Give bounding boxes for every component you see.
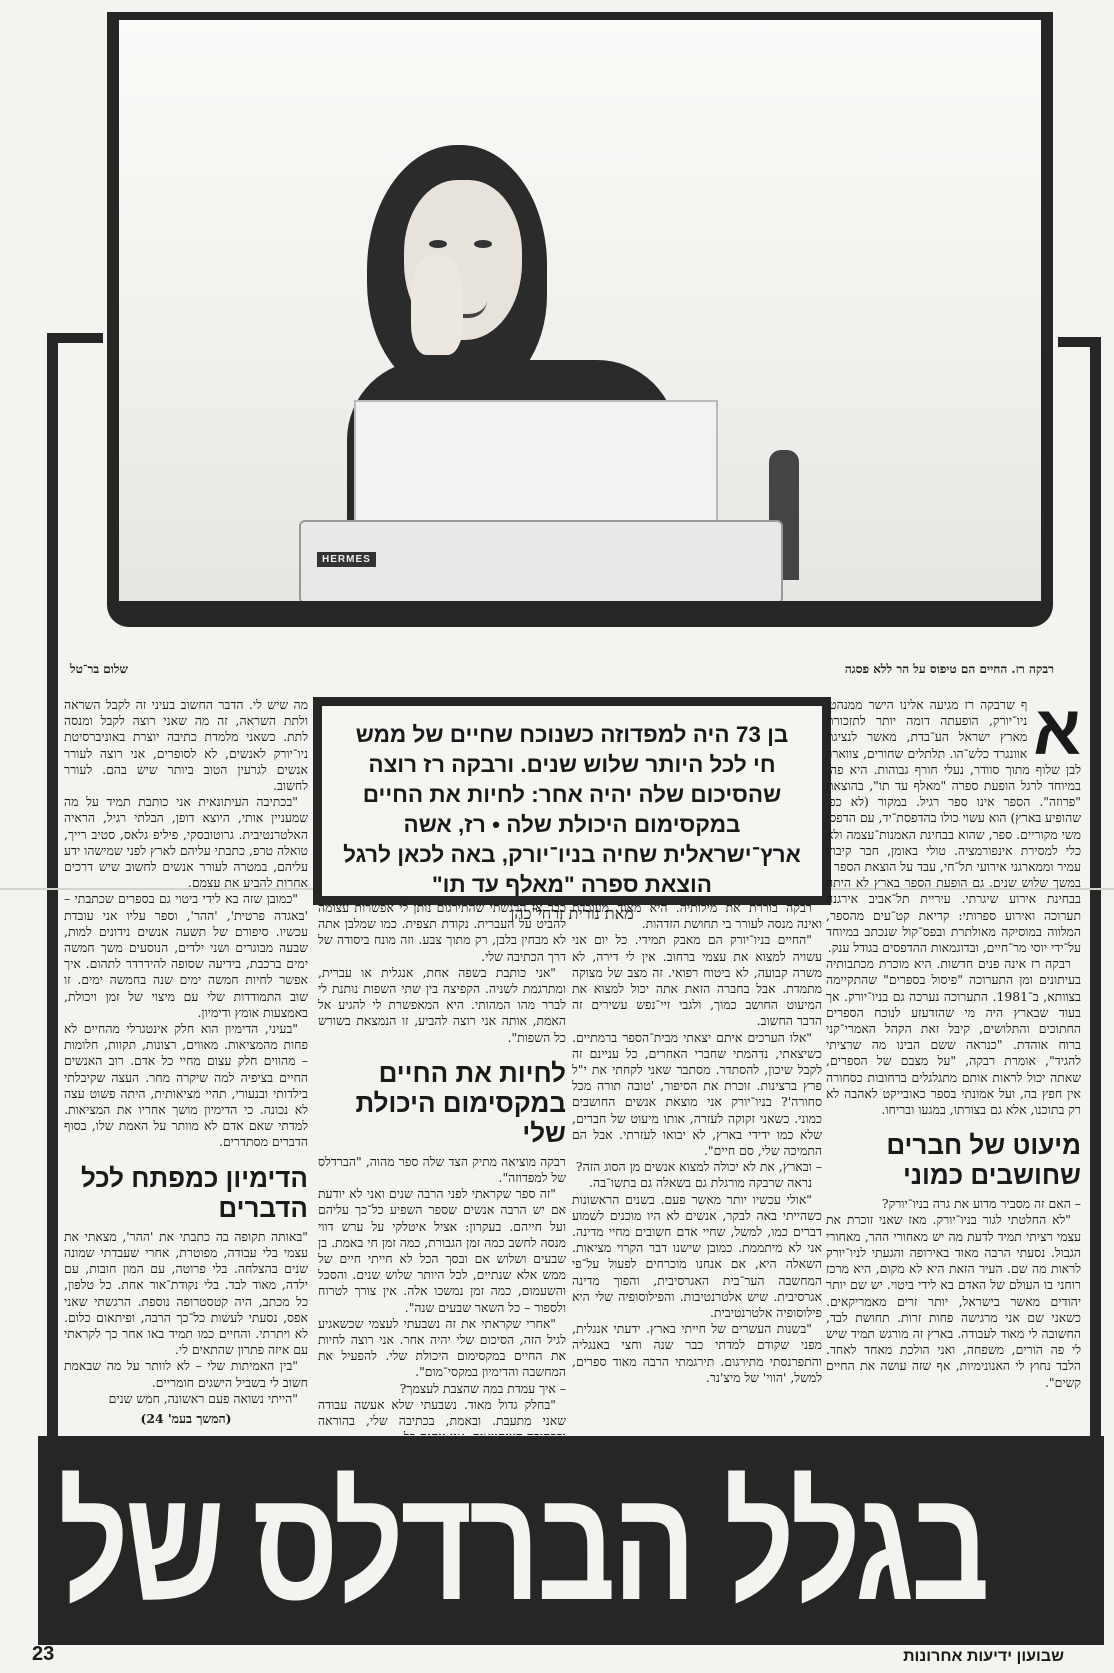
headline-band: בגלל הברדלס של למפדוזה	[38, 1436, 1104, 1645]
deck-box: בן 73 היה למפדוזה כשנוכח שחיים של ממש חי…	[313, 697, 831, 905]
photo-eye-right	[474, 240, 492, 248]
paragraph: במשך שלוש שנים. גם הופעת הספר בארץ לא הי…	[826, 875, 1081, 956]
paragraph: רבקה מוציאה מתיק הצד שלה ספר מהוה, "הברד…	[318, 1154, 566, 1186]
deck-text: בן 73 היה למפדוזה כשנוכח שחיים של ממש חי…	[322, 706, 822, 900]
paragraph: "אני כותבת בשפה אחת, אנגלית או עברית, ומ…	[318, 965, 566, 1046]
page-number: 23	[32, 1643, 54, 1666]
paragraph: "בכתיבה העיתונאית אני כותבת תמיד על מה ש…	[64, 794, 308, 891]
drop-cap: א	[1033, 699, 1081, 761]
paragraph: "החיים בניו־יורק הם מאבק תמידי. כל יום א…	[572, 932, 822, 1029]
typewriter-paper	[354, 400, 718, 534]
photo-image: HERMES	[119, 20, 1041, 601]
frame-left-cap	[47, 333, 103, 343]
photo-eye-left	[429, 240, 447, 248]
column-2: רבקה בוררת את מילותיה. היא מאוד מעובדת ו…	[572, 900, 822, 1435]
photo-caption: רבקה רז. החיים הם טיפוס על הר ללא פסגה	[845, 662, 1054, 677]
paragraph: "באותה תקופה בה כתבתי את 'ההר', מצאתי את…	[64, 1229, 308, 1359]
paragraph: – ובארץ, את לא יכולה למצוא אנשים מן הסוג…	[572, 1159, 822, 1175]
publication-name: שבועון ידיעות אחרונות	[903, 1648, 1064, 1666]
paragraph: "לא החלטתי לגור בניו־יורק. מאז שאני זוכר…	[826, 1212, 1081, 1390]
paragraph: "בין האמיתות שלי – לא לוותר על מה שבאמת …	[64, 1358, 308, 1390]
paragraph: "אלו הערכים איתם יצאתי מבית־הספר ברמתיים…	[572, 1030, 822, 1160]
photo-credit: שלום בר־טל	[70, 662, 128, 677]
paragraph: "בחלק גדול מאוד. נשבעתי שלא אעשה עבודה ש…	[318, 1397, 566, 1435]
paragraph: נראה שרבקה מורגלת גם בשאלה גם בתשו־בה.	[572, 1175, 822, 1191]
column-4: מה שיש לי. הדבר החשוב בעיני זה לקבל השרא…	[64, 697, 308, 1437]
column-3: כבר אז הרגשתי שהתירגום נותן לי אפשרות עצ…	[318, 900, 566, 1435]
paragraph: "בשנות העשרים של חייתי בארץ. ידעתי אנגלי…	[572, 1321, 822, 1386]
subhead: הדימיון כמפתח לכל הדברים	[64, 1163, 308, 1223]
paragraph: "הייתי נשואה פעם ראשונה, חמש שנים	[64, 1391, 308, 1407]
paragraph: מה שיש לי. הדבר החשוב בעיני זה לקבל השרא…	[64, 697, 308, 794]
article-photo: HERMES	[107, 12, 1053, 627]
paragraph: "כמובן שזה בא לידי ביטוי גם בספרים שכתבת…	[64, 891, 308, 1021]
paragraph: "בעיני, הדימיון הוא חלק אינטגרלי מהחיים …	[64, 1021, 308, 1151]
paragraph: כבר אז הרגשתי שהתירגום נותן לי אפשרות עצ…	[318, 900, 566, 965]
typewriter: HERMES	[299, 400, 779, 600]
subhead: לחיות את החיים במקסימום היכולת שלי	[318, 1058, 566, 1148]
typewriter-brand-label: HERMES	[317, 552, 376, 567]
subhead: מיעוט של חברים שחושבים כמוני	[826, 1130, 1081, 1190]
continued-note: (המשך בעמ' 24)	[64, 1411, 308, 1427]
paragraph: "אחרי שקראתי את זה נשבעתי לעצמי שכשאגיע …	[318, 1316, 566, 1381]
photo-hand	[411, 255, 463, 355]
paragraph: "זה ספר שקראתי לפני הרבה שנים ואני לא יו…	[318, 1186, 566, 1316]
paragraph: "אולי עכשיו יותר מאשר פעם. בשנים הראשונו…	[572, 1192, 822, 1322]
main-headline: בגלל הברדלס של למפדוזה	[155, 1460, 986, 1630]
frame-right-cap	[1058, 337, 1101, 347]
paragraph: – איך עמדת במה שהצבת לעצמך?	[318, 1381, 566, 1397]
paragraph: רבקה רז אינה פנים חדשות. היא מוכרת מכתבו…	[826, 956, 1081, 1118]
paragraph: – האם זה מסביר מדוע את גרה בניו־יורק?	[826, 1196, 1081, 1212]
frame-right-bar	[1090, 337, 1101, 1443]
paragraph: רבקה בוררת את מילותיה. היא מאוד מעובדת ו…	[572, 900, 822, 932]
column-1: א ף שרבקה רז מגיעה אלינו הישר ממנהטן ניו…	[826, 697, 1081, 1437]
